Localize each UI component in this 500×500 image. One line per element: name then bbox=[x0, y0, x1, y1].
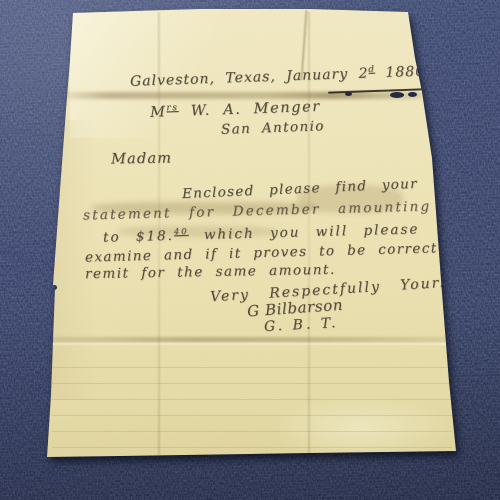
letter-salutation: Madam bbox=[111, 150, 172, 167]
amount-cents-superscript: 40 bbox=[174, 226, 189, 236]
faint-ruled-lines bbox=[52, 352, 452, 448]
horizontal-crease-top bbox=[66, 92, 422, 99]
tear-hole bbox=[345, 92, 352, 96]
recipient-superscript: rs bbox=[166, 103, 178, 113]
letter-paper: Galveston, Texas, January 2d 1880 Mrs W.… bbox=[0, 0, 500, 500]
edge-notch bbox=[52, 285, 57, 290]
letter-paper-wrap: Galveston, Texas, January 2d 1880 Mrs W.… bbox=[0, 0, 500, 500]
fold-crease-highlight bbox=[50, 343, 450, 345]
tear-hole bbox=[408, 92, 417, 97]
dateline-year: 1880 bbox=[375, 64, 426, 82]
horizontal-fold-crease bbox=[50, 337, 452, 342]
photo-of-letter: Galveston, Texas, January 2d 1880 Mrs W.… bbox=[0, 0, 500, 500]
recipient-text: M bbox=[150, 104, 167, 121]
tear-hole bbox=[390, 92, 404, 98]
body-line-text: to $18. bbox=[103, 228, 174, 246]
